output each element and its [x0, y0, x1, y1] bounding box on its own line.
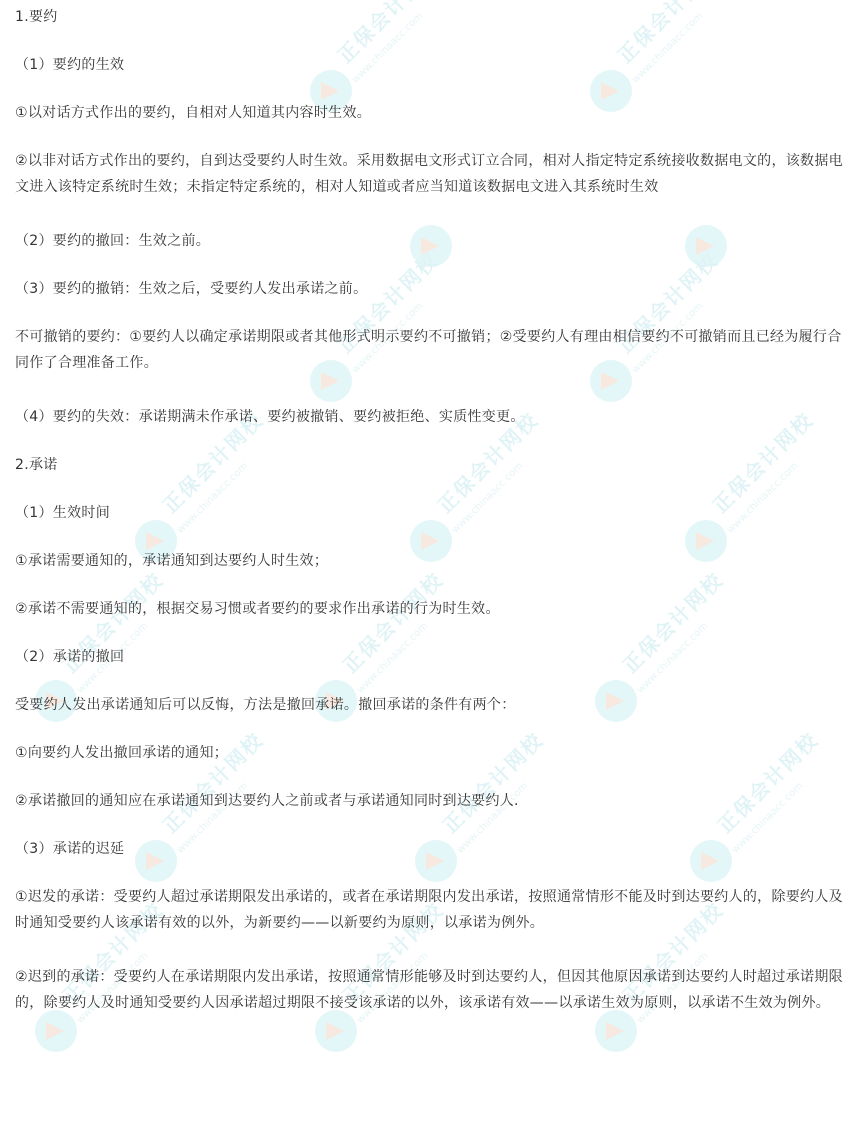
subheading-offer-lapse: （4）要约的失效：承诺期满未作承诺、要约被撤销、要约被拒绝、实质性变更。	[15, 404, 855, 430]
paragraph: ②以非对话方式作出的要约，自到达受要约人时生效。采用数据电文形式订立合同，相对人…	[15, 148, 855, 200]
paragraph: 不可撤销的要约：①要约人以确定承诺期限或者其他形式明示要约不可撤销；②受要约人有…	[15, 324, 855, 376]
subheading-offer-revocation: （3）要约的撤销：生效之后，受要约人发出承诺之前。	[15, 276, 855, 302]
subheading-offer-withdrawal: （2）要约的撤回：生效之前。	[15, 228, 855, 254]
paragraph: ②承诺撤回的通知应在承诺通知到达要约人之前或者与承诺通知同时到达要约人.	[15, 788, 855, 814]
paragraph: 受要约人发出承诺通知后可以反悔，方法是撤回承诺。撤回承诺的条件有两个：	[15, 692, 855, 718]
section-heading-offer: 1.要约	[15, 4, 855, 30]
paragraph: ①以对话方式作出的要约，自相对人知道其内容时生效。	[15, 100, 855, 126]
chinaacc-logo-icon	[35, 1010, 77, 1052]
subheading-offer-effect: （1）要约的生效	[15, 52, 855, 78]
paragraph: ①承诺需要通知的，承诺通知到达要约人时生效；	[15, 548, 855, 574]
subheading-effective-time: （1）生效时间	[15, 500, 855, 526]
subheading-acceptance-withdrawal: （2）承诺的撤回	[15, 644, 855, 670]
chinaacc-logo-icon	[315, 1010, 357, 1052]
paragraph: ①向要约人发出撤回承诺的通知；	[15, 740, 855, 766]
section-heading-acceptance: 2.承诺	[15, 452, 855, 478]
chinaacc-logo-icon	[595, 1010, 637, 1052]
paragraph: ②承诺不需要通知的，根据交易习惯或者要约的要求作出承诺的行为时生效。	[15, 596, 855, 622]
paragraph: ①迟发的承诺：受要约人超过承诺期限发出承诺的，或者在承诺期限内发出承诺，按照通常…	[15, 884, 855, 936]
paragraph: ②迟到的承诺：受要约人在承诺期限内发出承诺，按照通常情形能够及时到达要约人，但因…	[15, 964, 855, 1016]
subheading-acceptance-delay: （3）承诺的迟延	[15, 836, 855, 862]
